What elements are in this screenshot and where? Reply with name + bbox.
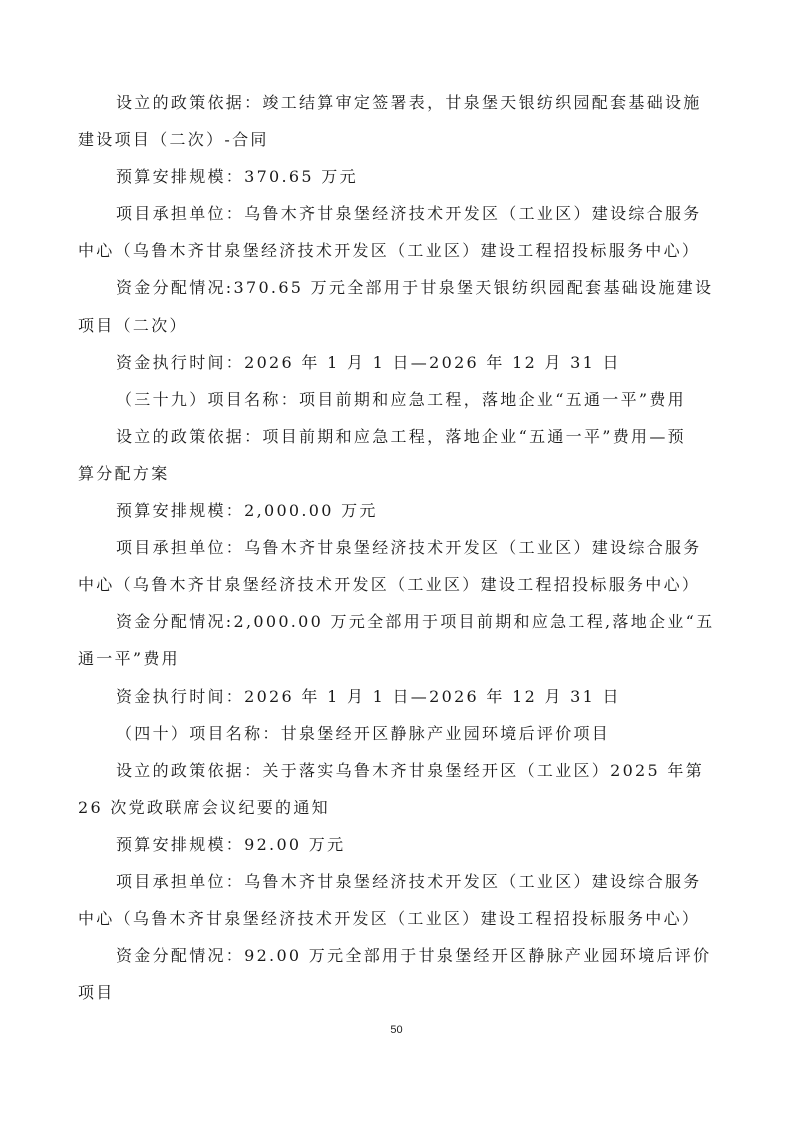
text-line: 资金分配情况：92.00 万元全部用于甘泉堡经开区静脉产业园环境后评价 bbox=[78, 937, 718, 974]
text-line: 项目承担单位：乌鲁木齐甘泉堡经济技术开发区（工业区）建设综合服务 bbox=[78, 529, 718, 566]
text-line: 预算安排规模：2,000.00 万元 bbox=[78, 492, 718, 529]
text-line: 预算安排规模：92.00 万元 bbox=[78, 826, 718, 863]
text-line: 项目承担单位：乌鲁木齐甘泉堡经济技术开发区（工业区）建设综合服务 bbox=[78, 863, 718, 900]
text-line: 资金分配情况:2,000.00 万元全部用于项目前期和应急工程,落地企业“五 bbox=[78, 603, 718, 640]
text-line: 设立的政策依据：关于落实乌鲁木齐甘泉堡经开区（工业区）2025 年第 bbox=[78, 752, 718, 789]
section-heading: （四十）项目名称：甘泉堡经开区静脉产业园环境后评价项目 bbox=[78, 715, 718, 752]
text-line: 中心（乌鲁木齐甘泉堡经济技术开发区（工业区）建设工程招投标服务中心） bbox=[78, 900, 718, 937]
text-line: 设立的政策依据：项目前期和应急工程，落地企业“五通一平”费用—预 bbox=[78, 418, 718, 455]
document-page: 设立的政策依据：竣工结算审定签署表，甘泉堡天银纺织园配套基础设施 建设项目（二次… bbox=[0, 0, 793, 1122]
text-line: 项目（二次） bbox=[78, 307, 718, 344]
text-line: 资金执行时间：2026 年 1 月 1 日—2026 年 12 月 31 日 bbox=[78, 344, 718, 381]
text-line: 设立的政策依据：竣工结算审定签署表，甘泉堡天银纺织园配套基础设施 bbox=[78, 84, 718, 121]
text-line: 中心（乌鲁木齐甘泉堡经济技术开发区（工业区）建设工程招投标服务中心） bbox=[78, 232, 718, 269]
text-line: 资金分配情况:370.65 万元全部用于甘泉堡天银纺织园配套基础设施建设 bbox=[78, 269, 718, 306]
text-line: 建设项目（二次）-合同 bbox=[78, 121, 718, 158]
document-body: 设立的政策依据：竣工结算审定签署表，甘泉堡天银纺织园配套基础设施 建设项目（二次… bbox=[78, 84, 718, 1011]
section-heading: （三十九）项目名称：项目前期和应急工程，落地企业“五通一平”费用 bbox=[78, 381, 718, 418]
page-number: 50 bbox=[0, 1024, 793, 1036]
text-line: 项目 bbox=[78, 974, 718, 1011]
text-line: 资金执行时间：2026 年 1 月 1 日—2026 年 12 月 31 日 bbox=[78, 678, 718, 715]
text-line: 通一平”费用 bbox=[78, 640, 718, 677]
text-line: 算分配方案 bbox=[78, 455, 718, 492]
text-line: 项目承担单位：乌鲁木齐甘泉堡经济技术开发区（工业区）建设综合服务 bbox=[78, 195, 718, 232]
text-line: 预算安排规模：370.65 万元 bbox=[78, 158, 718, 195]
text-line: 26 次党政联席会议纪要的通知 bbox=[78, 789, 718, 826]
text-line: 中心（乌鲁木齐甘泉堡经济技术开发区（工业区）建设工程招投标服务中心） bbox=[78, 566, 718, 603]
